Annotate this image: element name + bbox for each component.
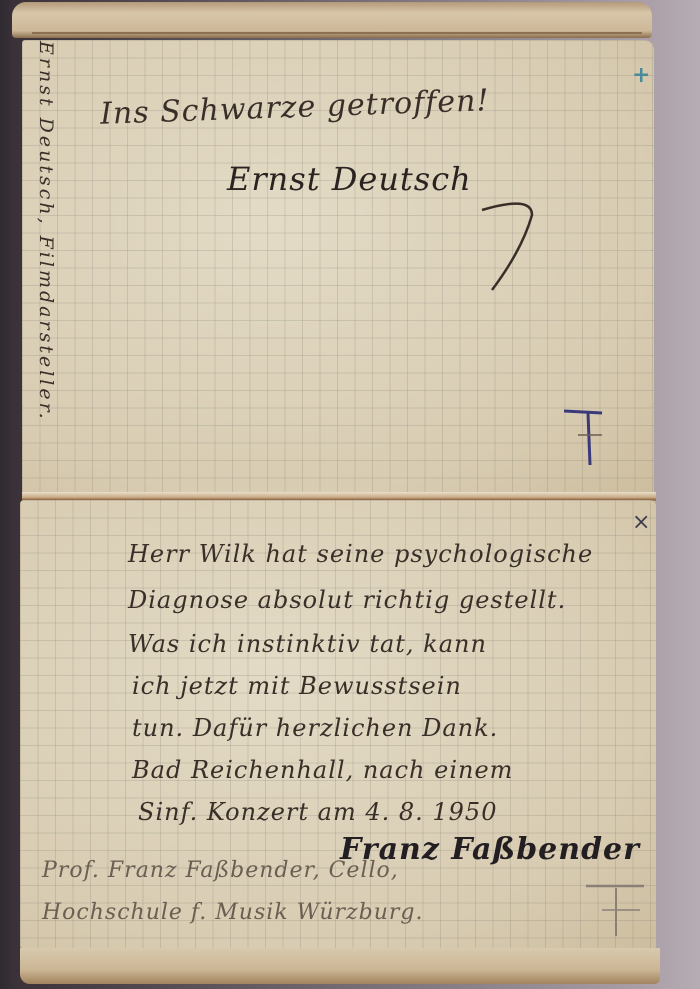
signature-flourish [472, 190, 552, 300]
message-line-1: Herr Wilk hat seine psychologische [128, 540, 593, 568]
message-line-7: Sinf. Konzert am 4. 8. 1950 [138, 798, 497, 826]
message-line-5: tun. Dafür herzlichen Dank. [132, 714, 498, 742]
message-line-3: Was ich instinktiv tat, kann [128, 630, 487, 658]
annotation-line-1: Prof. Franz Faßbender, Cello, [42, 858, 399, 883]
top-page: Ernst Deutsch, Filmdarsteller. Ins Schwa… [22, 40, 654, 498]
signature-ernst-deutsch: Ernst Deutsch [227, 160, 472, 198]
message-line-4: ich jetzt mit Bewusstsein [132, 672, 462, 700]
corner-x-mark: × [632, 510, 650, 535]
inscription: Ins Schwarze getroffen! [100, 83, 491, 132]
message-line-2: Diagnose absolut richtig gestellt. [128, 586, 566, 614]
book-bottom-edge [20, 948, 660, 984]
side-note-vertical: Ernst Deutsch, Filmdarsteller. [35, 41, 57, 461]
bottom-page: × Herr Wilk hat seine psychologische Dia… [20, 500, 656, 950]
cross-mark-pencil [580, 880, 650, 940]
cross-mark-blue [560, 405, 610, 470]
book-top-edge [12, 2, 652, 38]
message-line-6: Bad Reichenhall, nach einem [132, 756, 513, 784]
autograph-book: Ernst Deutsch, Filmdarsteller. Ins Schwa… [8, 0, 658, 989]
corner-plus-mark: + [632, 62, 650, 88]
annotation-line-2: Hochschule f. Musik Würzburg. [42, 900, 423, 925]
